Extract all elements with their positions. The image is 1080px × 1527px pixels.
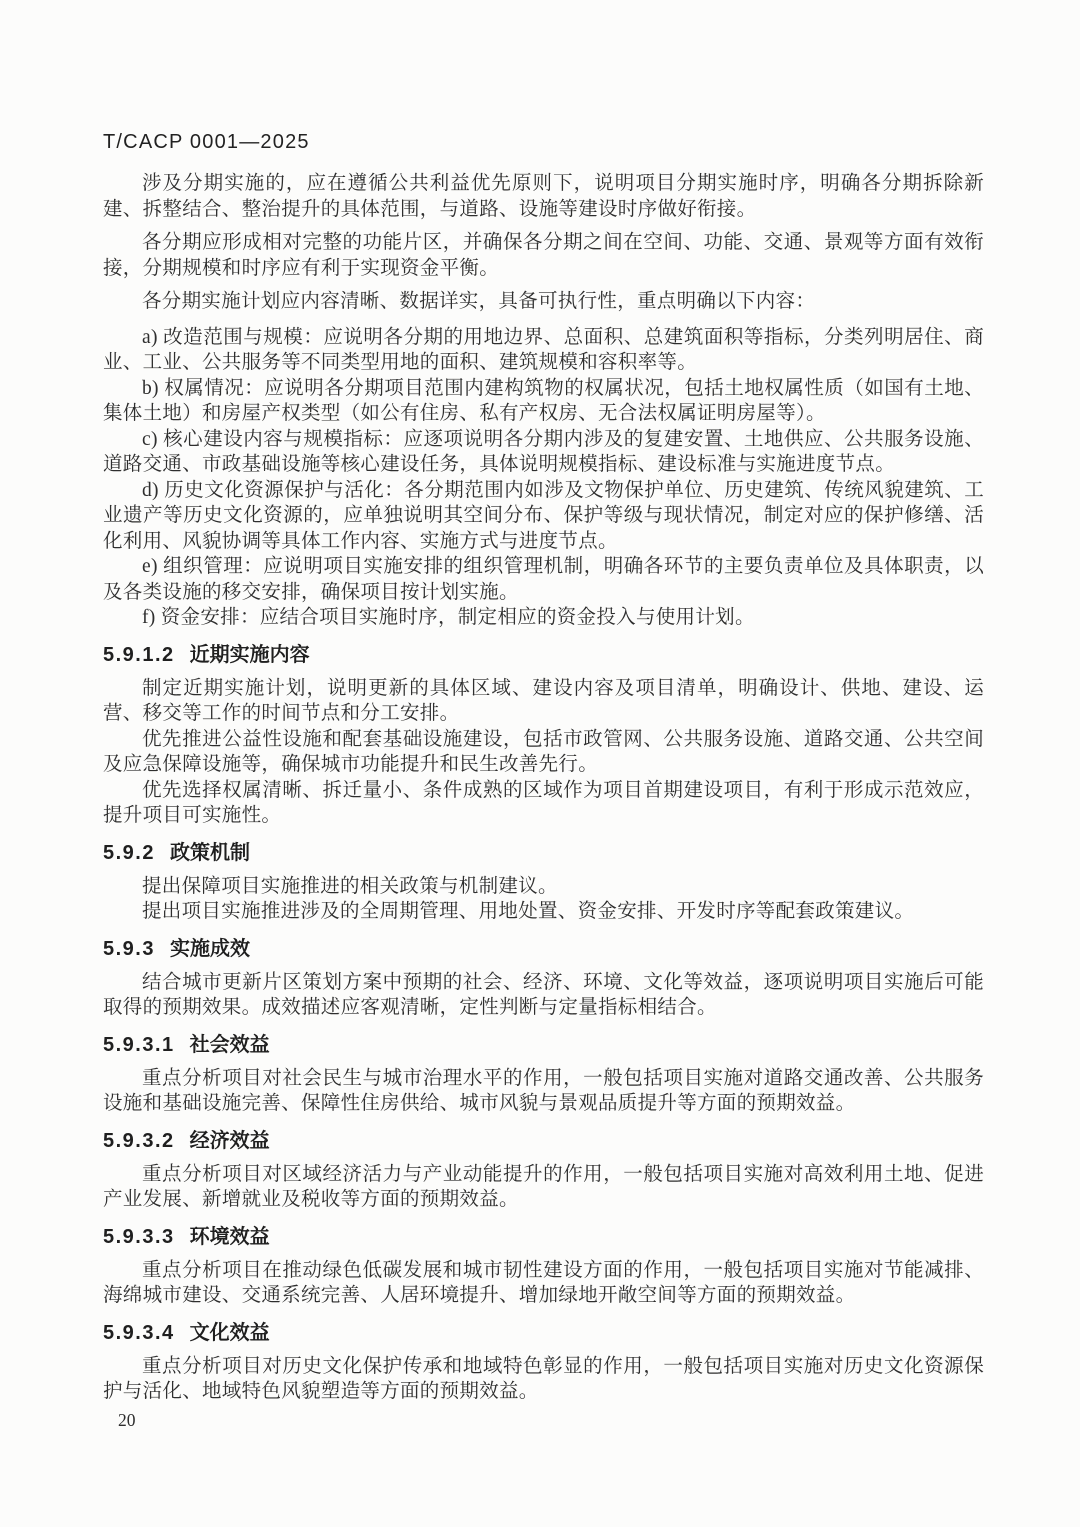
section-title: 文化效益 [190, 1322, 270, 1344]
list-item-d: d) 历史文化资源保护与活化：各分期范围内如涉及文物保护单位、历史建筑、传统风貌… [103, 478, 984, 555]
section-heading-5-9-3-3: 5.9.3.3环境效益 [103, 1224, 984, 1250]
section-number: 5.9.2 [103, 842, 155, 864]
paragraph-expected-outcomes: 结合城市更新片区策划方案中预期的社会、经济、环境、文化等效益，逐项说明项目实施后… [103, 970, 984, 1021]
paragraph-phased-implementation: 涉及分期实施的，应在遵循公共利益优先原则下，说明项目分期实施时序，明确各分期拆除… [103, 171, 984, 222]
list-item-c: c) 核心建设内容与规模指标：应逐项说明各分期内涉及的复建安置、土地供应、公共服… [103, 427, 984, 478]
section-heading-5-9-3: 5.9.3实施成效 [103, 936, 984, 962]
section-heading-5-9-3-2: 5.9.3.2经济效益 [103, 1128, 984, 1154]
paragraph-economic-benefit: 重点分析项目对区域经济活力与产业动能提升的作用，一般包括项目实施对高效利用土地、… [103, 1162, 984, 1213]
paragraph-public-facilities-first: 优先推进公益性设施和配套基础设施建设，包括市政管网、公共服务设施、道路交通、公共… [103, 727, 984, 778]
section-title: 经济效益 [190, 1130, 270, 1152]
paragraph-social-benefit: 重点分析项目对社会民生与城市治理水平的作用，一般包括项目实施对道路交通改善、公共… [103, 1066, 984, 1117]
section-title: 近期实施内容 [190, 644, 310, 666]
doc-code-header: T/CACP 0001—2025 [103, 131, 984, 154]
section-heading-5-9-1-2: 5.9.1.2近期实施内容 [103, 642, 984, 668]
list-item-a: a) 改造范围与规模：应说明各分期的用地边界、总面积、总建筑面积等指标，分类列明… [103, 325, 984, 376]
section-heading-5-9-2: 5.9.2政策机制 [103, 840, 984, 866]
paragraph-environmental-benefit: 重点分析项目在推动绿色低碳发展和城市韧性建设方面的作用，一般包括项目实施对节能减… [103, 1258, 984, 1309]
section-number: 5.9.3.1 [103, 1034, 175, 1056]
paragraph-near-term-plan: 制定近期实施计划，说明更新的具体区域、建设内容及项目清单，明确设计、供地、建设、… [103, 676, 984, 727]
paragraph-first-phase-selection: 优先选择权属清晰、拆迁量小、条件成熟的区域作为项目首期建设项目，有利于形成示范效… [103, 778, 984, 829]
section-title: 环境效益 [190, 1226, 270, 1248]
list-item-e: e) 组织管理：应说明项目实施安排的组织管理机制，明确各环节的主要负责单位及具体… [103, 554, 984, 605]
section-heading-5-9-3-4: 5.9.3.4文化效益 [103, 1320, 984, 1346]
section-title: 政策机制 [170, 842, 250, 864]
section-number: 5.9.3.2 [103, 1130, 175, 1152]
paragraph-plan-requirements: 各分期实施计划应内容清晰、数据详实，具备可执行性，重点明确以下内容： [103, 289, 984, 315]
section-title: 实施成效 [170, 938, 250, 960]
page-number: 20 [103, 1410, 984, 1431]
list-item-b: b) 权属情况：应说明各分期项目范围内建构筑物的权属状况，包括土地权属性质（如国… [103, 376, 984, 427]
paragraph-policy-suggestions: 提出保障项目实施推进的相关政策与机制建议。 [103, 874, 984, 900]
list-item-f: f) 资金安排：应结合项目实施时序，制定相应的资金投入与使用计划。 [103, 605, 984, 631]
section-title: 社会效益 [190, 1034, 270, 1056]
document-page: T/CACP 0001—2025 涉及分期实施的，应在遵循公共利益优先原则下，说… [0, 0, 1080, 1527]
section-heading-5-9-3-1: 5.9.3.1社会效益 [103, 1032, 984, 1058]
paragraph-functional-zones: 各分期应形成相对完整的功能片区，并确保各分期之间在空间、功能、交通、景观等方面有… [103, 230, 984, 281]
paragraph-cultural-benefit: 重点分析项目对历史文化保护传承和地域特色彰显的作用，一般包括项目实施对历史文化资… [103, 1354, 984, 1405]
section-number: 5.9.3.4 [103, 1322, 175, 1344]
section-number: 5.9.3.3 [103, 1226, 175, 1248]
doc-body: 涉及分期实施的，应在遵循公共利益优先原则下，说明项目分期实施时序，明确各分期拆除… [103, 171, 984, 1405]
section-number: 5.9.1.2 [103, 644, 175, 666]
section-number: 5.9.3 [103, 938, 155, 960]
paragraph-supporting-policies: 提出项目实施推进涉及的全周期管理、用地处置、资金安排、开发时序等配套政策建议。 [103, 899, 984, 925]
